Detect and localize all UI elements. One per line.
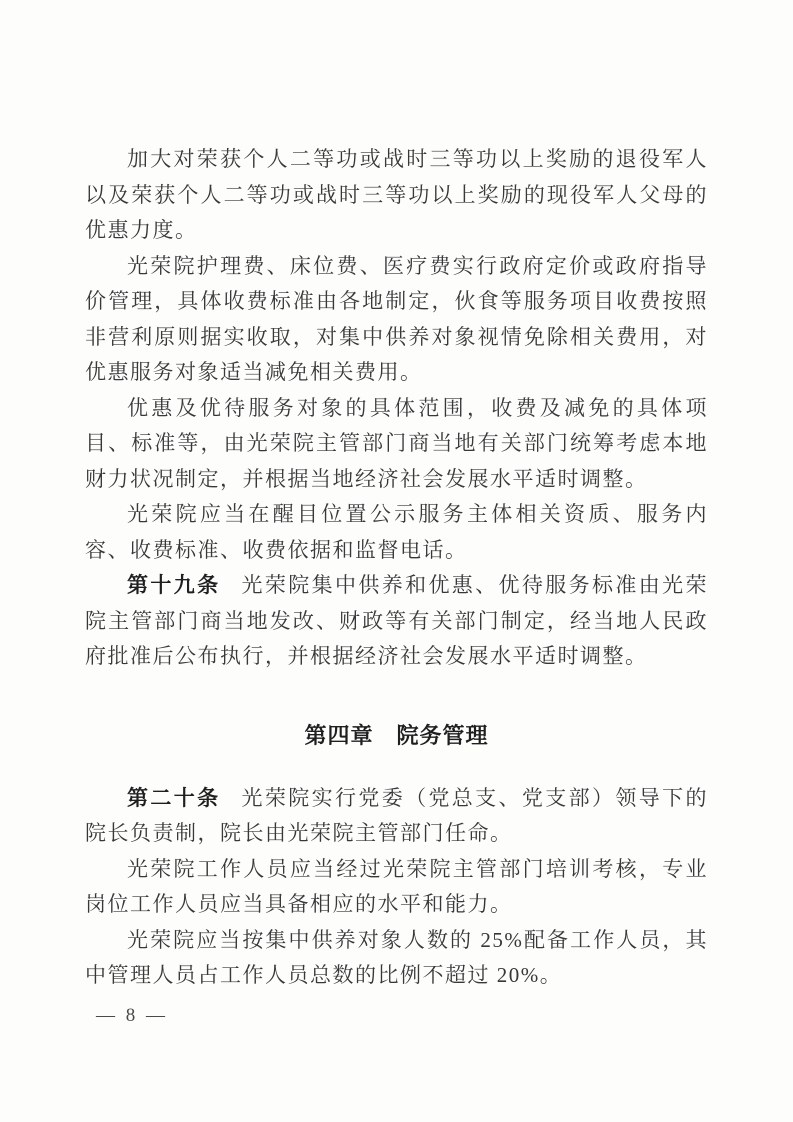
paragraph-awards-preference: 加大对荣获个人二等功或战时三等功以上奖励的退役军人以及荣获个人二等功或战时三等功…: [85, 142, 708, 249]
paragraph-fee-pricing: 光荣院护理费、床位费、医疗费实行政府定价或政府指导价管理，具体收费标准由各地制定…: [85, 249, 708, 391]
article-20-paragraph: 第二十条光荣院实行党委（党总支、党支部）领导下的院长负责制，院长由光荣院主管部门…: [85, 781, 708, 852]
article-19-label: 第十九条: [127, 574, 220, 597]
page-number: — 8 —: [96, 1005, 168, 1027]
document-page: 加大对荣获个人二等功或战时三等功以上奖励的退役军人以及荣获个人二等功或战时三等功…: [0, 0, 793, 1122]
article-19-paragraph: 第十九条光荣院集中供养和优惠、优待服务标准由光荣院主管部门商当地发改、财政等有关…: [85, 568, 708, 675]
article-20-label: 第二十条: [127, 787, 220, 810]
paragraph-staff-training: 光荣院工作人员应当经过光荣院主管部门培训考核，专业岗位工作人员应当具备相应的水平…: [85, 852, 708, 923]
paragraph-fee-scope: 优惠及优待服务对象的具体范围，收费及减免的具体项目、标准等，由光荣院主管部门商当…: [85, 391, 708, 498]
chapter-four-heading: 第四章 院务管理: [85, 718, 708, 754]
paragraph-public-disclosure: 光荣院应当在醒目位置公示服务主体相关资质、服务内容、收费标准、收费依据和监督电话…: [85, 497, 708, 568]
document-body: 加大对荣获个人二等功或战时三等功以上奖励的退役军人以及荣获个人二等功或战时三等功…: [85, 142, 708, 994]
paragraph-staff-ratio: 光荣院应当按集中供养对象人数的 25%配备工作人员，其中管理人员占工作人员总数的…: [85, 923, 708, 994]
